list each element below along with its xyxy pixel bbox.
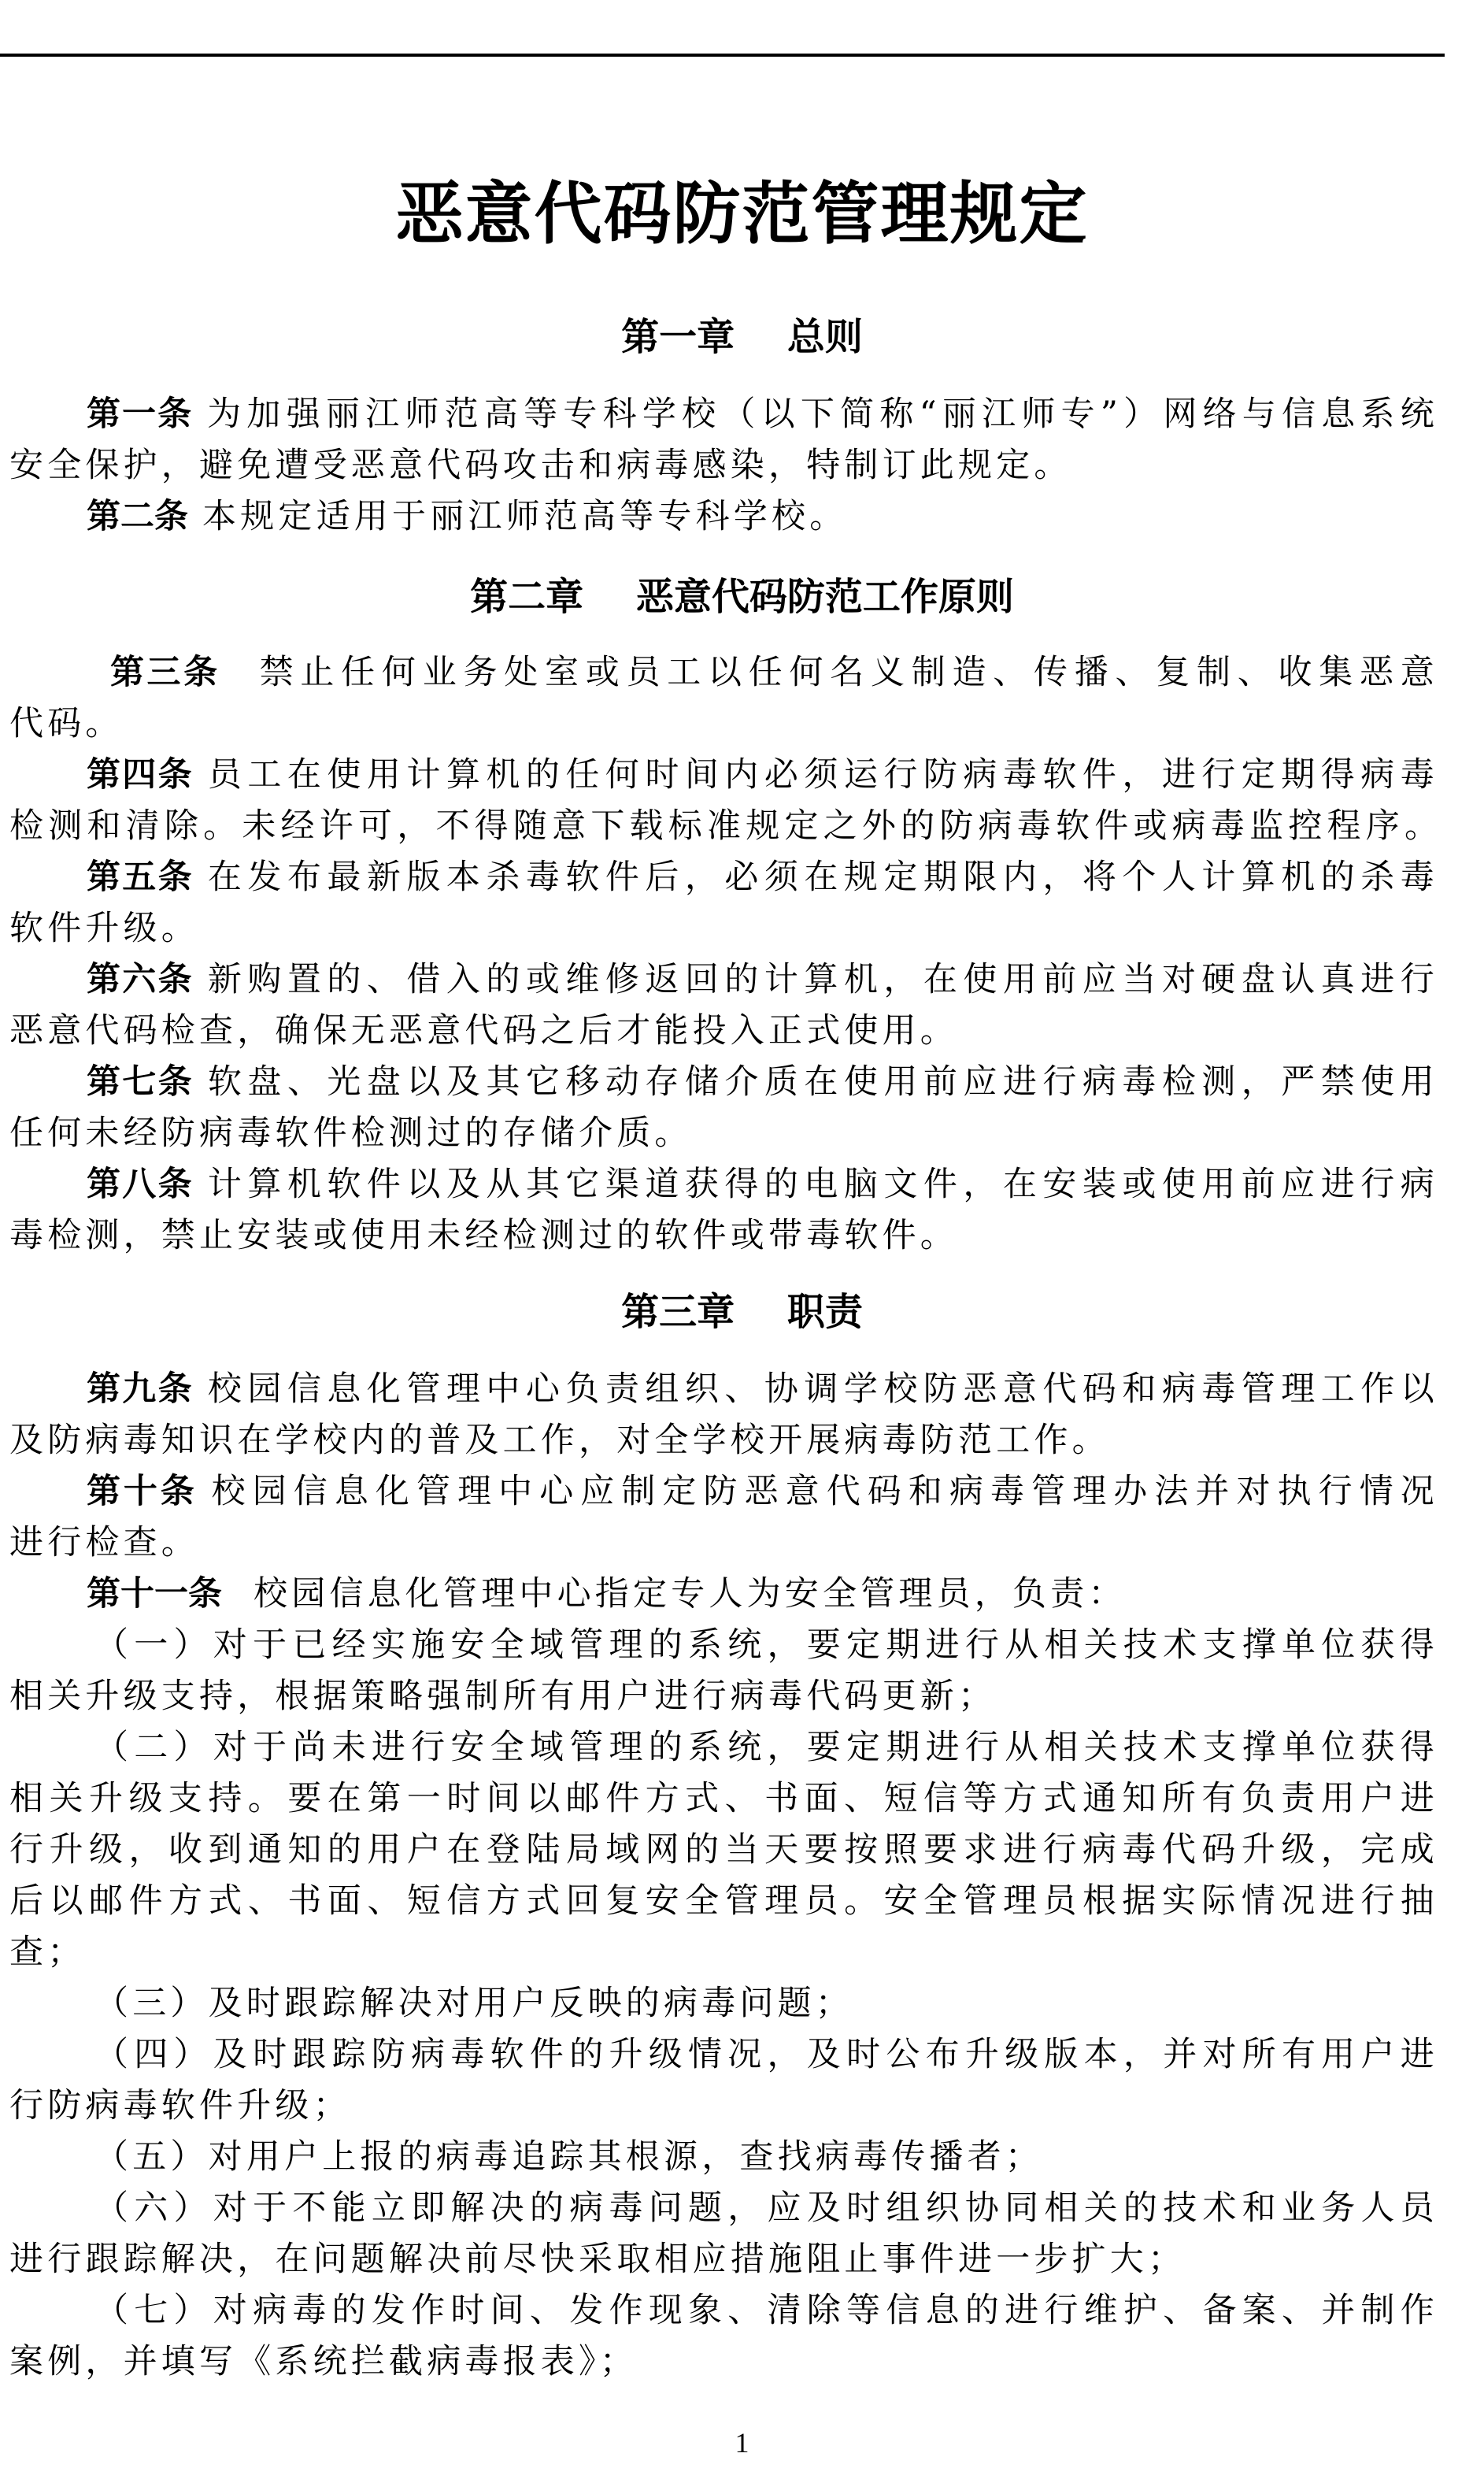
article-11-line-1: 第十一条校园信息化管理中心指定专人为安全管理员，负责： <box>87 1572 1438 1616</box>
article-text: 新购置的、借入的或维修返回的计算机，在使用前应当对硬盘认真进行 <box>208 960 1438 999</box>
article-9-line-1: 第九条校园信息化管理中心负责组织、协调学校防恶意代码和病毒管理工作以 <box>87 1367 1438 1411</box>
article-9-line-2: 及防病毒知识在学校内的普及工作，对全学校开展病毒防范工作。 <box>9 1418 1438 1462</box>
item-4-line-1: （四）及时跟踪防病毒软件的升级情况，及时公布升级版本，并对所有用户进 <box>94 2033 1438 2077</box>
article-label: 第九条 <box>87 1369 194 1409</box>
article-5-line-1: 第五条在发布最新版本杀毒软件后，必须在规定期限内，将个人计算机的杀毒 <box>87 855 1438 899</box>
article-label: 第三条 <box>110 653 220 692</box>
chapter-3-heading: 第三章 职责 <box>0 1288 1484 1336</box>
article-3-line-1: 第三条禁止任何业务处室或员工以任何名义制造、传播、复制、收集恶意 <box>110 650 1438 695</box>
article-text: 校园信息化管理中心负责组织、协调学校防恶意代码和病毒管理工作以 <box>208 1369 1438 1409</box>
article-1-line-1: 第一条为加强丽江师范高等专科学校（以下简称“丽江师专”）网络与信息系统 <box>87 392 1438 436</box>
article-text: 软盘、光盘以及其它移动存储介质在使用前应进行病毒检测，严禁使用 <box>208 1062 1438 1102</box>
item-3-line-1: （三）及时跟踪解决对用户反映的病毒问题； <box>94 1981 1446 2025</box>
article-label: 第六条 <box>87 960 194 999</box>
page-number: 1 <box>0 2427 1484 2459</box>
article-2-line-1: 第二条本规定适用于丽江师范高等专科学校。 <box>87 495 1438 539</box>
item-2-line-2: 相关升级支持。要在第一时间以邮件方式、书面、短信等方式通知所有负责用户进 <box>9 1777 1438 1821</box>
article-5-line-2: 软件升级。 <box>9 906 1438 951</box>
article-3-line-2: 代码。 <box>9 702 1438 746</box>
article-10-line-1: 第十条校园信息化管理中心应制定防恶意代码和病毒管理办法并对执行情况 <box>87 1469 1438 1514</box>
document-title: 恶意代码防范管理规定 <box>0 175 1484 254</box>
item-2-line-4: 后以邮件方式、书面、短信方式回复安全管理员。安全管理员根据实际情况进行抽 <box>9 1879 1438 1923</box>
article-7-line-2: 任何未经防病毒软件检测过的存储介质。 <box>9 1111 1438 1155</box>
article-label: 第七条 <box>87 1062 194 1102</box>
chapter-2-heading: 第二章 恶意代码防范工作原则 <box>0 573 1484 621</box>
article-text: 禁止任何业务处室或员工以任何名义制造、传播、复制、收集恶意 <box>260 653 1438 692</box>
item-2-line-3: 行升级，收到通知的用户在登陆局域网的当天要按照要求进行病毒代码升级，完成 <box>9 1828 1438 1872</box>
article-label: 第二条 <box>87 497 188 536</box>
article-10-line-2: 进行检查。 <box>9 1521 1438 1565</box>
item-7-line-2: 案例，并填写《系统拦截病毒报表》； <box>9 2340 1438 2384</box>
article-4-line-1: 第四条员工在使用计算机的任何时间内必须运行防病毒软件，进行定期得病毒 <box>87 753 1438 797</box>
article-7-line-1: 第七条软盘、光盘以及其它移动存储介质在使用前应进行病毒检测，严禁使用 <box>87 1060 1438 1104</box>
article-label: 第八条 <box>87 1165 194 1204</box>
item-6-line-2: 进行跟踪解决，在问题解决前尽快采取相应措施阻止事件进一步扩大； <box>9 2237 1438 2281</box>
article-text: 计算机软件以及从其它渠道获得的电脑文件，在安装或使用前应进行病 <box>208 1165 1438 1204</box>
article-8-line-1: 第八条计算机软件以及从其它渠道获得的电脑文件，在安装或使用前应进行病 <box>87 1162 1438 1206</box>
header-rule <box>0 54 1445 57</box>
chapter-1-heading: 第一章 总则 <box>0 313 1484 361</box>
article-8-line-2: 毒检测，禁止安装或使用未经检测过的软件或带毒软件。 <box>9 1214 1438 1258</box>
item-2-line-1: （二）对于尚未进行安全域管理的系统，要定期进行从相关技术支撑单位获得 <box>94 1725 1438 1769</box>
article-text: 为加强丽江师范高等专科学校（以下简称“丽江师专”）网络与信息系统 <box>207 395 1438 434</box>
article-1-line-2: 安全保护，避免遭受恶意代码攻击和病毒感染，特制订此规定。 <box>9 443 1438 487</box>
item-1-line-1: （一）对于已经实施安全域管理的系统，要定期进行从相关技术支撑单位获得 <box>94 1623 1438 1667</box>
article-label: 第五条 <box>87 858 194 897</box>
article-text: 在发布最新版本杀毒软件后，必须在规定期限内，将个人计算机的杀毒 <box>208 858 1438 897</box>
article-4-line-2: 检测和清除。未经许可，不得随意下载标准规定之外的防病毒软件或病毒监控程序。 <box>9 804 1438 848</box>
item-1-line-2: 相关升级支持，根据策略强制所有用户进行病毒代码更新； <box>9 1674 1438 1718</box>
item-2-line-5: 查； <box>9 1930 1438 1974</box>
article-text: 员工在使用计算机的任何时间内必须运行防病毒软件，进行定期得病毒 <box>208 755 1438 795</box>
item-7-line-1: （七）对病毒的发作时间、发作现象、清除等信息的进行维护、备案、并制作 <box>94 2288 1438 2333</box>
article-label: 第十一条 <box>87 1574 222 1614</box>
article-text: 校园信息化管理中心指定专人为安全管理员，负责： <box>254 1574 1127 1614</box>
item-6-line-1: （六）对于不能立即解决的病毒问题，应及时组织协同相关的技术和业务人员 <box>94 2186 1438 2230</box>
article-text: 本规定适用于丽江师范高等专科学校。 <box>202 497 847 536</box>
article-label: 第一条 <box>87 395 193 434</box>
article-6-line-2: 恶意代码检查，确保无恶意代码之后才能投入正式使用。 <box>9 1009 1438 1053</box>
article-6-line-1: 第六条新购置的、借入的或维修返回的计算机，在使用前应当对硬盘认真进行 <box>87 958 1438 1002</box>
item-4-line-2: 行防病毒软件升级； <box>9 2084 1438 2128</box>
article-text: 校园信息化管理中心应制定防恶意代码和病毒管理办法并对执行情况 <box>212 1472 1438 1511</box>
item-5-line-1: （五）对用户上报的病毒追踪其根源，查找病毒传播者； <box>94 2135 1446 2179</box>
article-label: 第四条 <box>87 755 194 795</box>
article-label: 第十条 <box>87 1472 198 1511</box>
